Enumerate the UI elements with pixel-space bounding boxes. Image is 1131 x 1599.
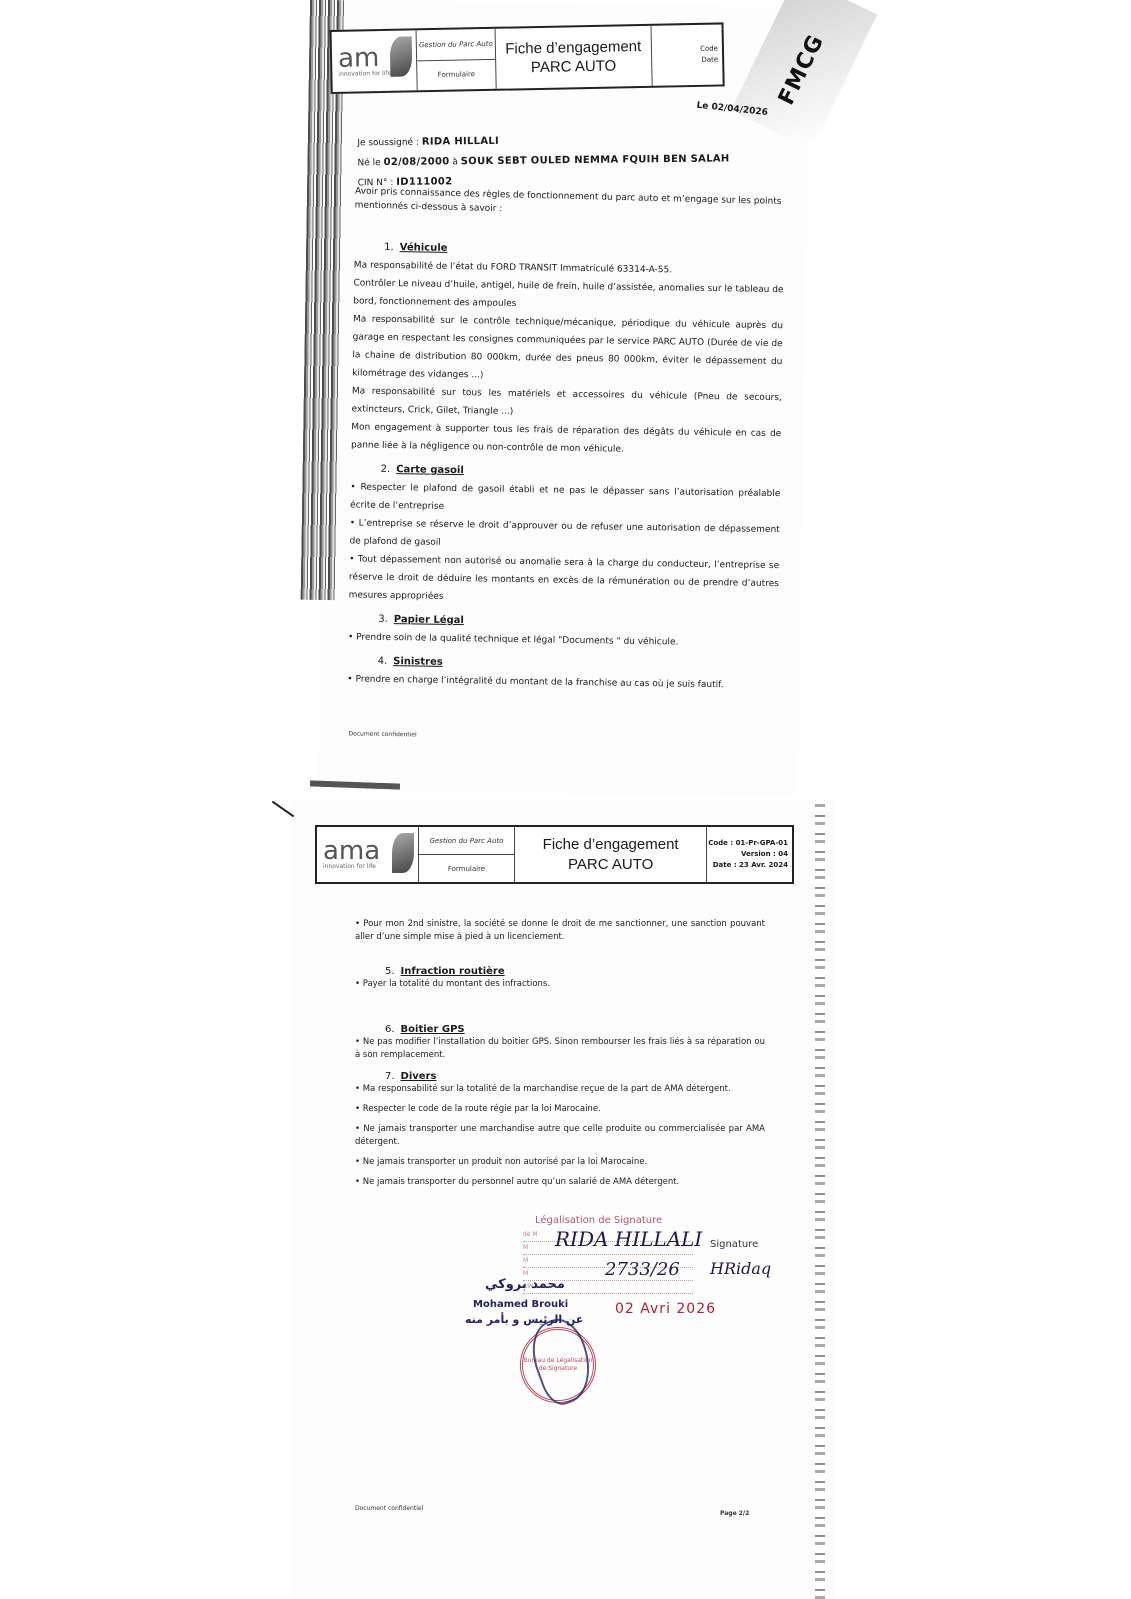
doc-version: Version : 04 [741, 849, 788, 860]
birth-label: Né le [357, 158, 380, 168]
list-item: Ne jamais transporter un produit non aut… [355, 1156, 765, 1169]
signatory-name: RIDA HILLALI [422, 136, 499, 148]
signature: HRidaq [710, 1259, 771, 1278]
section-vehicule: 1.Véhicule Ma responsabilité de l’état d… [351, 238, 784, 461]
section-number: 1. [384, 242, 394, 253]
list-item: Ne pas modifier l’installation du boitie… [355, 1036, 765, 1062]
birth-line: Né le 02/08/2000 à SOUK SEBT OULED NEMMA… [357, 149, 729, 173]
title-line-2: PARC AUTO [568, 855, 653, 875]
signature-label: Signature [710, 1239, 758, 1250]
section-carte-gasoil: 2.Carte gasoil Respecter le plafond de g… [349, 460, 781, 611]
stamp-date: 02 Avri 2026 [615, 1301, 716, 1317]
department-label: Gestion du Parc Auto [419, 827, 514, 855]
birth-place: SOUK SEBT OULED NEMMA FQUIH BEN SALAH [461, 153, 730, 167]
header-code: Code Date [651, 24, 722, 85]
section-infraction-routiere: 5.Infraction routière Payer la totalité … [355, 965, 765, 991]
code-label: Code [700, 43, 718, 55]
section-divers: 7.Divers Ma responsabilité sur la totali… [355, 1070, 765, 1189]
list-item: Ma responsabilité sur la totalité de la … [355, 1083, 765, 1096]
section-title: Véhicule [400, 242, 448, 254]
title-line-1: Fiche d’engagement [505, 37, 641, 59]
list-item: Ne jamais transporter une marchandise au… [355, 1123, 765, 1149]
document-title: Fiche d’engagement PARC AUTO [496, 26, 653, 89]
section-title: Sinistres [393, 656, 443, 668]
company-logo: ama innovation for life [317, 827, 419, 882]
intro-paragraph: Avoir pris connaissance des règles de fo… [355, 185, 786, 223]
birth-date: 02/08/2000 [383, 156, 449, 168]
birth-at: à [452, 157, 458, 167]
section-title: Divers [401, 1071, 437, 1082]
section-boitier-gps: 6.Boitier GPS Ne pas modifier l’installa… [355, 1023, 765, 1062]
leaf-logo-icon [390, 36, 413, 76]
footer-confidential: Document confidentiel [355, 1505, 423, 1512]
page-number: Page 2/2 [720, 1510, 749, 1517]
section-heading: 6.Boitier GPS [385, 1023, 765, 1036]
doc-type-label: Formulaire [419, 855, 514, 882]
list-item: Tout dépassement non autorisé ou anomali… [349, 550, 780, 611]
leaf-logo-icon [392, 833, 414, 873]
list-item: Mon engagement à supporter tous les frai… [351, 418, 782, 461]
list-item: Pour mon 2nd sinistre, la société se don… [355, 918, 765, 944]
doc-type-label: Formulaire [417, 59, 496, 90]
section-number: 3. [378, 614, 388, 625]
pen-mark [272, 801, 294, 818]
section-number: 6. [385, 1024, 395, 1035]
list-item: Payer la totalité du montant des infract… [355, 978, 765, 991]
legalisation-stamp-title: Légalisation de Signature [535, 1215, 662, 1226]
section-number: 4. [378, 656, 388, 667]
handwritten-number: 2733/26 [605, 1259, 680, 1280]
scan-artifact-right [815, 800, 825, 1599]
section-heading: 7.Divers [385, 1070, 765, 1083]
company-logo: am innovation for life [332, 30, 418, 92]
section-number: 7. [385, 1071, 395, 1082]
section-title: Infraction routière [401, 966, 505, 977]
header-meta: Gestion du Parc Auto Formulaire [417, 29, 497, 91]
document-title: Fiche d’engagement PARC AUTO [515, 827, 707, 882]
page1-header-table: am innovation for life Gestion du Parc A… [330, 22, 725, 94]
signatory-label: Je soussigné : [357, 138, 419, 149]
department-label: Gestion du Parc Auto [417, 29, 496, 61]
list-item: Ne jamais transporter du personnel autre… [355, 1176, 765, 1189]
title-line-2: PARC AUTO [531, 56, 617, 77]
section-heading: 5.Infraction routière [385, 965, 765, 978]
doc-code: Code : 01-Pr-GPA-01 [708, 838, 788, 849]
document-page-1: FMCG am innovation for life Gestion du P… [318, 0, 810, 797]
section-number: 5. [385, 966, 395, 977]
section-sinistres: 4.Sinistres Prendre en charge l’intégral… [347, 652, 778, 695]
document-page-2: ama innovation for life Gestion du Parc … [290, 800, 835, 1599]
list-item: Respecter le code de la route régie par … [355, 1103, 765, 1116]
list-item: Ma responsabilité sur le contrôle techni… [352, 310, 783, 389]
signature-legalisation-area: Légalisation de Signature de M M M M CIN… [465, 1215, 765, 1425]
officer-name-arabic: محمد بروكي [485, 1277, 565, 1292]
section-papier-legal: 3.Papier Légal Prendre soin de la qualit… [348, 610, 779, 653]
identity-block: Je soussigné : RIDA HILLALI Né le 02/08/… [357, 129, 730, 193]
officer-name: Mohamed Brouki [473, 1299, 568, 1310]
sinistre-continuation: Pour mon 2nd sinistre, la société se don… [355, 918, 765, 944]
header-meta: Gestion du Parc Auto Formulaire [419, 827, 515, 882]
section-title: Carte gasoil [396, 464, 464, 476]
section-title: Papier Légal [394, 614, 464, 626]
date-label: Date [701, 55, 718, 67]
section-number: 2. [381, 464, 391, 475]
title-line-1: Fiche d’engagement [543, 835, 679, 855]
doc-date: Date : 23 Avr. 2024 [713, 860, 788, 871]
page2-header-table: ama innovation for life Gestion du Parc … [315, 825, 794, 884]
handwritten-name: RIDA HILLALI [555, 1227, 702, 1251]
header-code: Code : 01-Pr-GPA-01 Version : 04 Date : … [707, 827, 792, 882]
section-title: Boitier GPS [401, 1024, 465, 1035]
footer-confidential: Document confidentiel [348, 730, 416, 738]
